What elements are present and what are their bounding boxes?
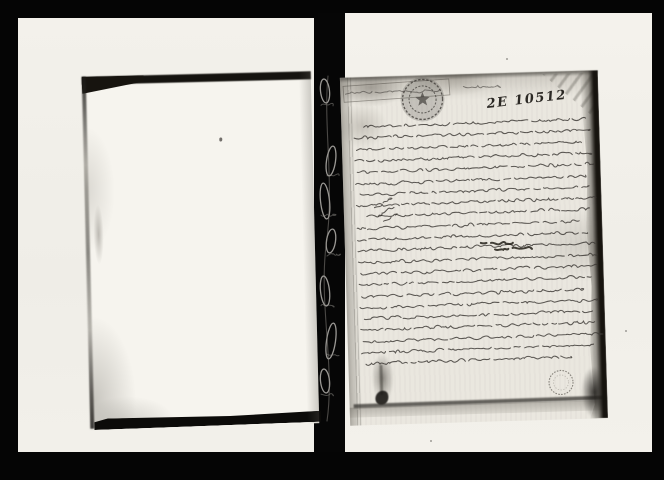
paper-speck <box>625 330 627 332</box>
handwritten-text-block <box>340 70 608 426</box>
page-right-manuscript: 2E 10512 <box>340 70 608 426</box>
photo-frame-top-left <box>0 0 318 18</box>
book-scan-photo: 2E 10512 <box>0 0 664 480</box>
photo-frame-right <box>652 0 664 480</box>
page-left-blank <box>82 71 320 428</box>
photo-frame-left <box>0 0 18 480</box>
photo-frame-bottom <box>0 452 664 480</box>
paper-speck <box>506 58 508 60</box>
paper-speck <box>430 440 432 442</box>
cover-corner-wedge <box>82 75 144 94</box>
ink-smudge <box>93 204 104 264</box>
archive-round-stamp <box>549 370 574 395</box>
notarial-ink-stamp <box>400 77 445 122</box>
ink-speck <box>219 137 222 141</box>
